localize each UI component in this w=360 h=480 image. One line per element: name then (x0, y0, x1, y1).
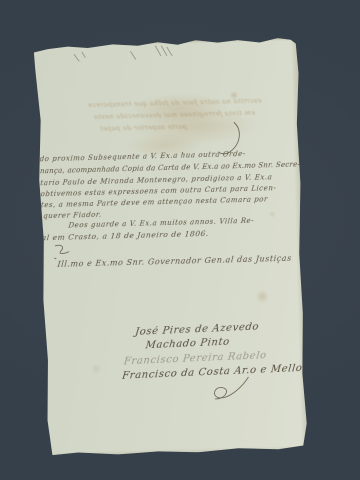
address-line: Ill.mo e Ex.mo Snr. Governador Gen.al da… (57, 254, 292, 269)
pencil-mark-icon (130, 51, 137, 60)
bleedthrough-line: escritta na outra face da folha que tran… (87, 97, 262, 110)
signature: José Pires de Azevedo (134, 322, 259, 338)
body-line: querer Fiador. (43, 211, 102, 221)
body-line: tes, a mesma Parte deve em attençao nest… (41, 195, 269, 209)
bleedthrough-line: em tinta ferroginosa mui desvanecida nes… (93, 109, 256, 121)
pencil-mark-icon (73, 54, 79, 62)
photo-background: escritta na outra face da folha que tran… (0, 0, 360, 480)
body-line: do proximo Subsequente a V. Ex.a hua out… (39, 150, 246, 163)
bleedthrough-line: parte superior do papel (99, 123, 187, 133)
signature: Machado Pinto (145, 337, 230, 352)
manuscript-page: escritta na outra face da folha que tran… (28, 34, 311, 459)
pencil-mark-icon (154, 45, 161, 56)
pencil-mark-icon (81, 51, 86, 58)
signature-flourish-icon (204, 375, 253, 402)
date-line: al em Crasto, a 18 de Janeiro de 1806. (41, 229, 209, 242)
